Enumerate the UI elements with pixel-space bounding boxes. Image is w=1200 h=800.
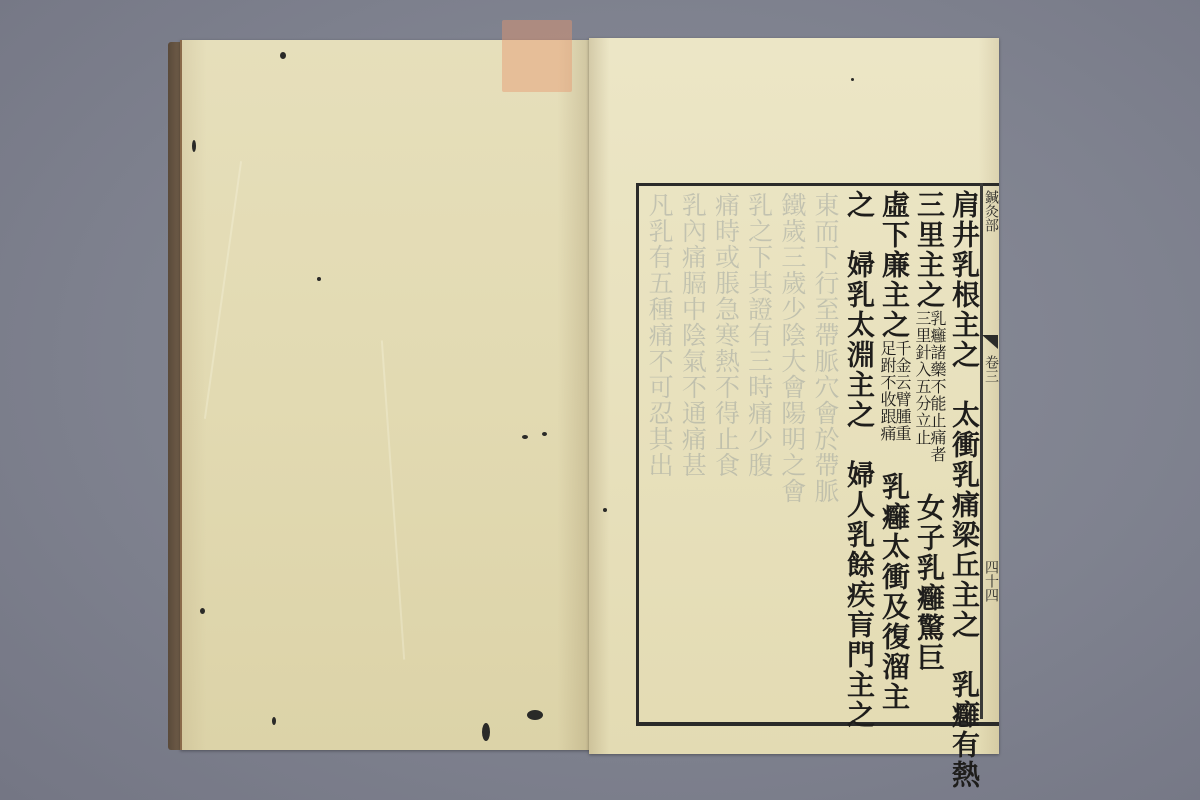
wormhole-speck: [851, 78, 854, 81]
wormhole-speck: [522, 435, 528, 439]
block-heart-margin: [982, 183, 1001, 719]
wormhole-speck: [280, 52, 286, 59]
paper-fiber: [204, 161, 242, 419]
text-gap: [913, 463, 946, 493]
text-gap: [843, 430, 876, 460]
text-gap: [878, 442, 911, 472]
text-column-4: 之 婦乳太淵主之 婦人乳餘疾肓門主之: [844, 190, 875, 710]
text-segment: 乳癰太衝及復溜主: [878, 472, 911, 712]
text-gap: [948, 640, 981, 670]
text-segment: 三里主之: [913, 190, 946, 310]
wormhole-speck: [317, 277, 321, 281]
wormhole-speck: [542, 432, 547, 436]
seal-stamp: [502, 20, 572, 92]
wormhole-speck: [272, 717, 276, 725]
note-line: 乳癰諸藥不能止痛者: [930, 310, 945, 463]
left-page: [180, 40, 590, 750]
wormhole-speck: [482, 723, 490, 741]
text-gap: [948, 370, 981, 400]
text-gap: [843, 220, 876, 250]
interlinear-note: 千金云臂腫重足跗不收跟痛: [880, 340, 910, 442]
wormhole-speck: [200, 608, 205, 614]
margin-volume: 卷三: [983, 355, 999, 383]
text-segment: 太衝乳痛梁丘主之: [948, 400, 981, 640]
text-segment: 之: [843, 190, 876, 220]
text-segment: 乳癰有熱: [948, 670, 981, 790]
text-segment: 虛下廉主之: [878, 190, 911, 340]
text-segment: 婦人乳餘疾肓門主之: [843, 460, 876, 730]
text-column-3: 虛下廉主之千金云臂腫重足跗不收跟痛 乳癰太衝及復溜主: [879, 190, 910, 710]
margin-section-title: 鍼灸部: [983, 190, 999, 232]
text-column-2: 三里主之乳癰諸藥不能止痛者三里針入五分立止 女子乳癰驚巨: [914, 190, 945, 710]
interlinear-note: 乳癰諸藥不能止痛者三里針入五分立止: [915, 310, 945, 463]
text-columns: 肩井乳根主之 太衝乳痛梁丘主之 乳癰有熱 三里主之乳癰諸藥不能止痛者三里針入五分…: [845, 190, 980, 710]
note-line: 千金云臂腫重: [895, 340, 910, 442]
wormhole-speck: [603, 508, 607, 512]
paper-fiber: [381, 340, 405, 659]
text-segment: 肩井乳根主之: [948, 190, 981, 370]
text-segment: 女子乳癰驚巨: [913, 493, 946, 673]
text-column-1: 肩井乳根主之 太衝乳痛梁丘主之 乳癰有熱: [949, 190, 980, 710]
text-segment: 婦乳太淵主之: [843, 250, 876, 430]
margin-folio: 四十四: [983, 560, 999, 602]
fishtail-mark-icon: [982, 335, 998, 349]
wormhole-speck: [527, 710, 543, 720]
wormhole-speck: [192, 140, 196, 152]
